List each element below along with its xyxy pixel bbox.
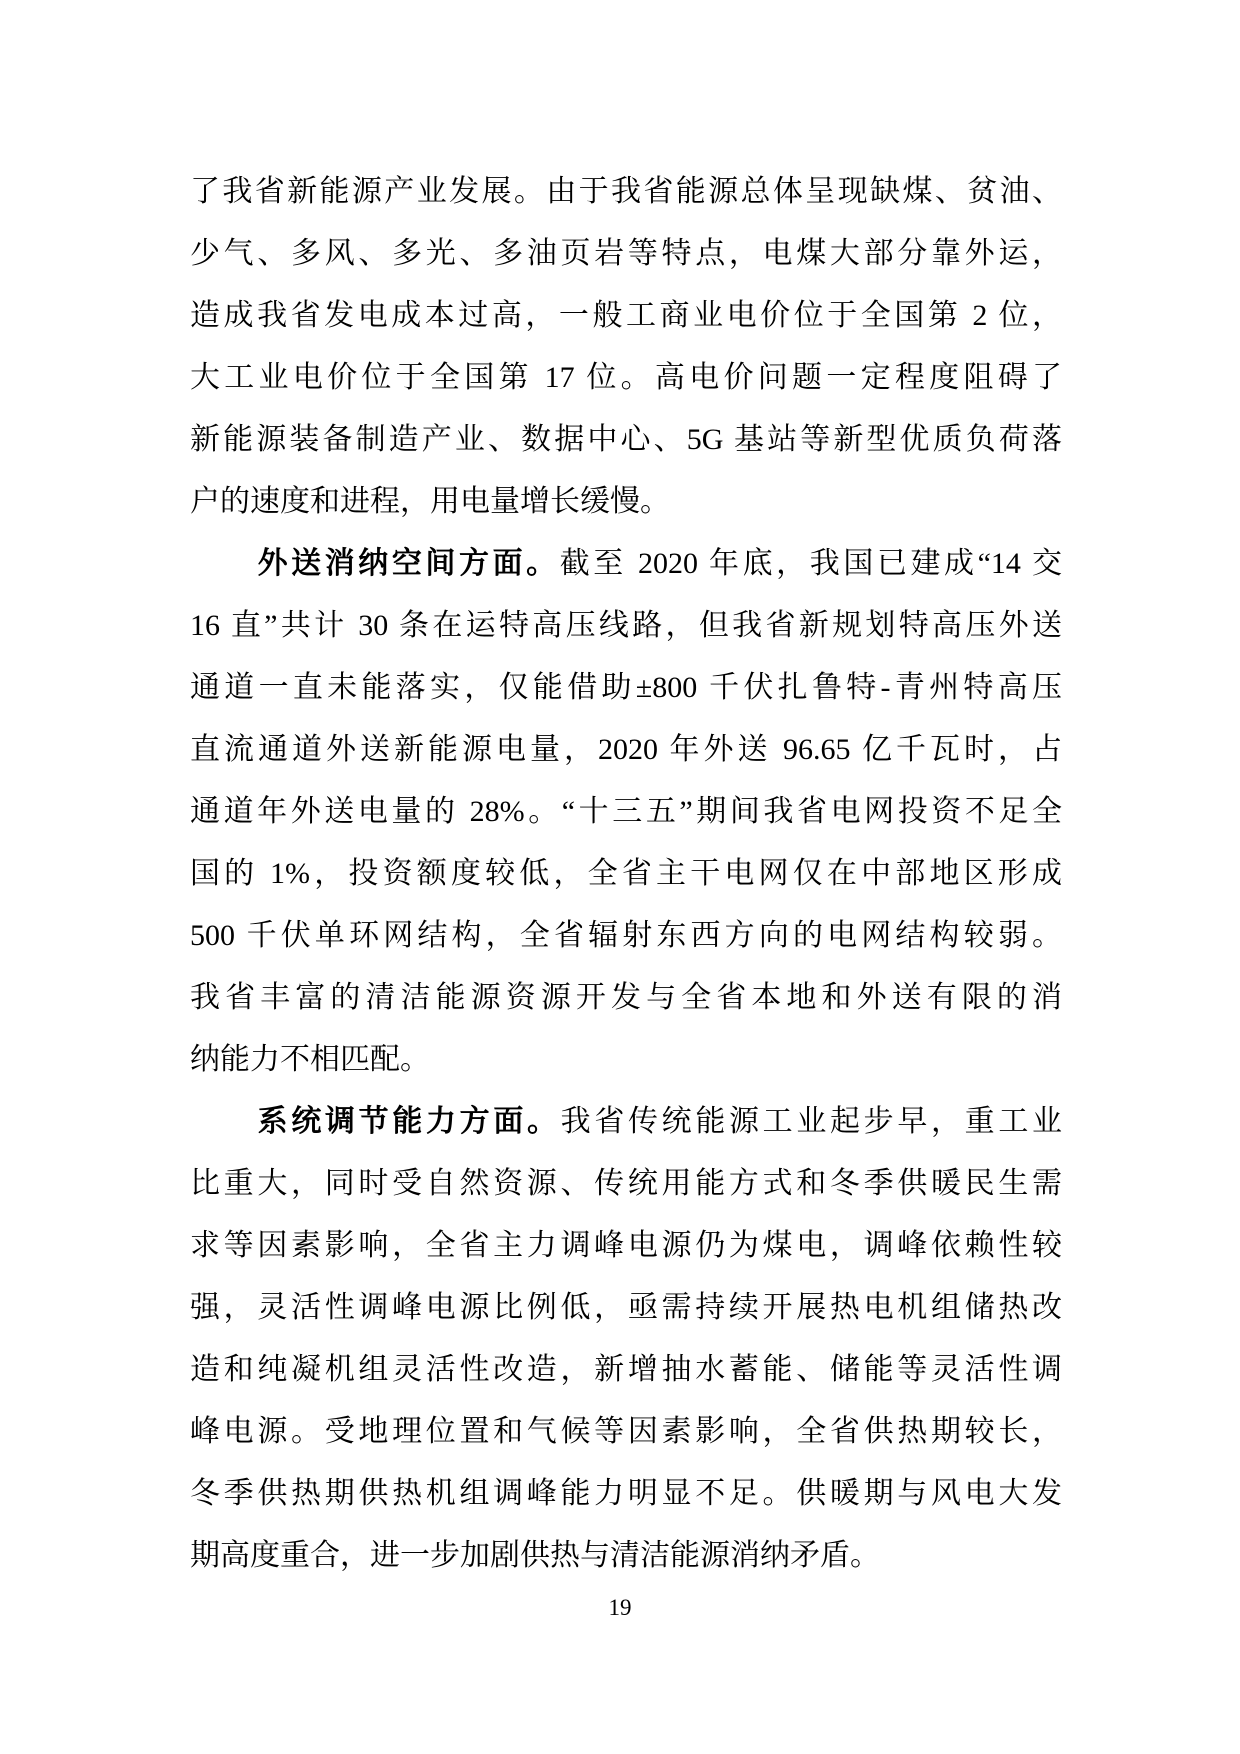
text-line: 通道一直未能落实，仅能借助±800 千伏扎鲁特-青州特高压 <box>190 657 1062 719</box>
text-line: 求等因素影响，全省主力调峰电源仍为煤电，调峰依赖性较 <box>190 1215 1062 1277</box>
text-line: 500 千伏单环网结构，全省辐射东西方向的电网结构较弱。 <box>190 905 1062 967</box>
text-line: 峰电源。受地理位置和气候等因素影响，全省供热期较长， <box>190 1401 1062 1463</box>
text-line: 了我省新能源产业发展。由于我省能源总体呈现缺煤、贫油、 <box>190 161 1062 223</box>
paragraph-system-regulation-capability: 系统调节能力方面。我省传统能源工业起步早，重工业比重大，同时受自然资源、传统用能… <box>190 1091 1062 1587</box>
paragraph-bold-lead: 系统调节能力方面。 <box>254 1105 561 1138</box>
text-line: 外送消纳空间方面。截至 2020 年底，我国已建成“14 交 <box>190 533 1062 595</box>
text-line: 比重大，同时受自然资源、传统用能方式和冬季供暖民生需 <box>190 1153 1062 1215</box>
paragraph-intro-continuation: 了我省新能源产业发展。由于我省能源总体呈现缺煤、贫油、少气、多风、多光、多油页岩… <box>190 161 1062 533</box>
text-line: 直流通道外送新能源电量，2020 年外送 96.65 亿千瓦时，占 <box>190 719 1062 781</box>
paragraph-bold-lead: 外送消纳空间方面。 <box>254 547 560 580</box>
page-number: 19 <box>0 1594 1240 1622</box>
text-line: 我省丰富的清洁能源资源开发与全省本地和外送有限的消 <box>190 967 1062 1029</box>
text-line: 国的 1%，投资额度较低，全省主干电网仅在中部地区形成 <box>190 843 1062 905</box>
paragraph-indent <box>190 1130 254 1131</box>
text-line: 通道年外送电量的 28%。“十三五”期间我省电网投资不足全 <box>190 781 1062 843</box>
text-line: 新能源装备制造产业、数据中心、5G 基站等新型优质负荷落 <box>190 409 1062 471</box>
text-line: 系统调节能力方面。我省传统能源工业起步早，重工业 <box>190 1091 1062 1153</box>
text-line: 大工业电价位于全国第 17 位。高电价问题一定程度阻碍了 <box>190 347 1062 409</box>
text-line: 强，灵活性调峰电源比例低，亟需持续开展热电机组储热改 <box>190 1277 1062 1339</box>
text-line: 少气、多风、多光、多油页岩等特点，电煤大部分靠外运， <box>190 223 1062 285</box>
text-line: 造成我省发电成本过高，一般工商业电价位于全国第 2 位， <box>190 285 1062 347</box>
text-line: 造和纯凝机组灵活性改造，新增抽水蓄能、储能等灵活性调 <box>190 1339 1062 1401</box>
text-line: 纳能力不相匹配。 <box>190 1029 1062 1091</box>
paragraph-indent <box>190 572 254 573</box>
text-line: 16 直”共计 30 条在运特高压线路，但我省新规划特高压外送 <box>190 595 1062 657</box>
paragraph-outbound-transmission-capacity: 外送消纳空间方面。截至 2020 年底，我国已建成“14 交16 直”共计 30… <box>190 533 1062 1091</box>
text-line: 冬季供热期供热机组调峰能力明显不足。供暖期与风电大发 <box>190 1463 1062 1525</box>
text-line: 户的速度和进程，用电量增长缓慢。 <box>190 471 1062 533</box>
document-body: 了我省新能源产业发展。由于我省能源总体呈现缺煤、贫油、少气、多风、多光、多油页岩… <box>190 161 1062 1587</box>
document-page: 了我省新能源产业发展。由于我省能源总体呈现缺煤、贫油、少气、多风、多光、多油页岩… <box>0 0 1240 1754</box>
text-line: 期高度重合，进一步加剧供热与清洁能源消纳矛盾。 <box>190 1525 1062 1587</box>
